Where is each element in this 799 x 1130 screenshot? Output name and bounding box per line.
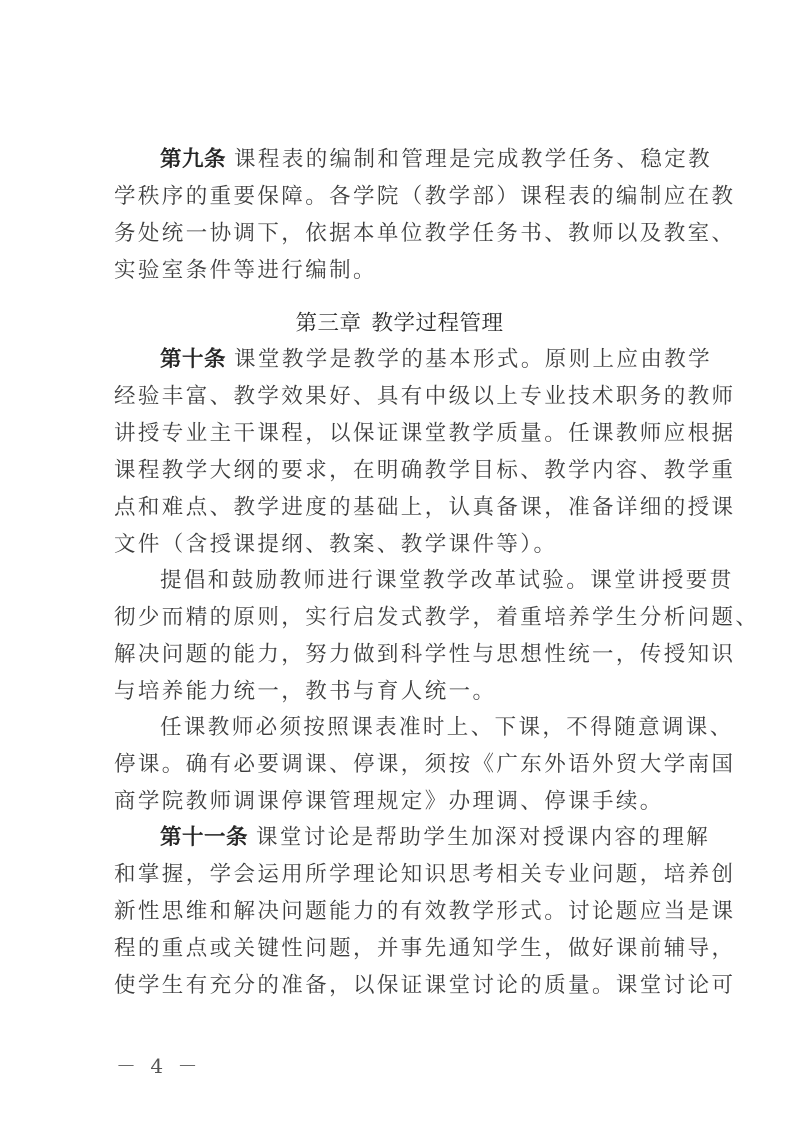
chapter-number: 第三章 [295,311,361,336]
text-line: 提倡和鼓励教师进行课堂教学改革试验。课堂讲授要贯 [160,568,670,594]
chapter-title: 教学过程管理 [372,311,504,336]
text-line: 商学院教师调课停课管理规定》办理调、停课手续。 [114,789,670,815]
text-line: 课堂教学是教学的基本形式。原则上应由教学 [234,347,712,372]
text-line: 讲授专业主干课程，以保证课堂教学质量。任课教师应根据 [114,421,670,447]
article-11-label: 第十一条 [160,825,248,850]
text-line: 课程教学大纲的要求，在明确教学目标、教学内容、教学重 [114,458,670,484]
text-line: 课程表的编制和管理是完成教学任务、稳定教 [234,147,712,172]
text-line: 解决问题的能力，努力做到科学性与思想性统一，传授知识 [114,642,670,668]
chapter-heading: 第三章教学过程管理 [0,311,799,337]
article-11-first-line: 第十一条课堂讨论是帮助学生加深对授课内容的理解 [160,825,670,851]
text-line: 与培养能力统一，教书与育人统一。 [114,679,670,705]
text-line: 彻少而精的原则，实行启发式教学，着重培养学生分析问题、 [114,605,670,631]
text-line: 和掌握，学会运用所学理论知识思考相关专业问题，培养创 [114,862,670,888]
article-9-first-line: 第九条课程表的编制和管理是完成教学任务、稳定教 [160,147,670,173]
text-line: 停课。确有必要调课、停课，须按《广东外语外贸大学南国 [114,752,670,778]
text-line: 任课教师必须按照课表准时上、下课，不得随意调课、 [160,715,670,741]
article-10-label: 第十条 [160,347,226,372]
text-line: 实验室条件等进行编制。 [114,258,670,284]
text-line: 务处统一协调下，依据本单位教学任务书、教师以及教室、 [114,221,670,247]
page-number: － 4 － [116,1050,201,1079]
text-line: 课堂讨论是帮助学生加深对授课内容的理解 [256,825,710,850]
text-line: 程的重点或关键性问题，并事先通知学生，做好课前辅导， [114,936,670,962]
article-9-label: 第九条 [160,147,226,172]
text-line: 使学生有充分的准备，以保证课堂讨论的质量。课堂讨论可 [114,973,670,999]
text-line: 点和难点、教学进度的基础上，认真备课，准备详细的授课 [114,495,670,521]
article-10-first-line: 第十条课堂教学是教学的基本形式。原则上应由教学 [160,347,670,373]
text-line: 经验丰富、教学效果好、具有中级以上专业技术职务的教师 [114,384,670,410]
text-line: 文件（含授课提纲、教案、教学课件等）。 [114,532,670,558]
text-line: 学秩序的重要保障。各学院（教学部）课程表的编制应在教 [114,184,670,210]
text-line: 新性思维和解决问题能力的有效教学形式。讨论题应当是课 [114,899,670,925]
document-page: 第九条课程表的编制和管理是完成教学任务、稳定教 学秩序的重要保障。各学院（教学部… [0,0,799,1130]
